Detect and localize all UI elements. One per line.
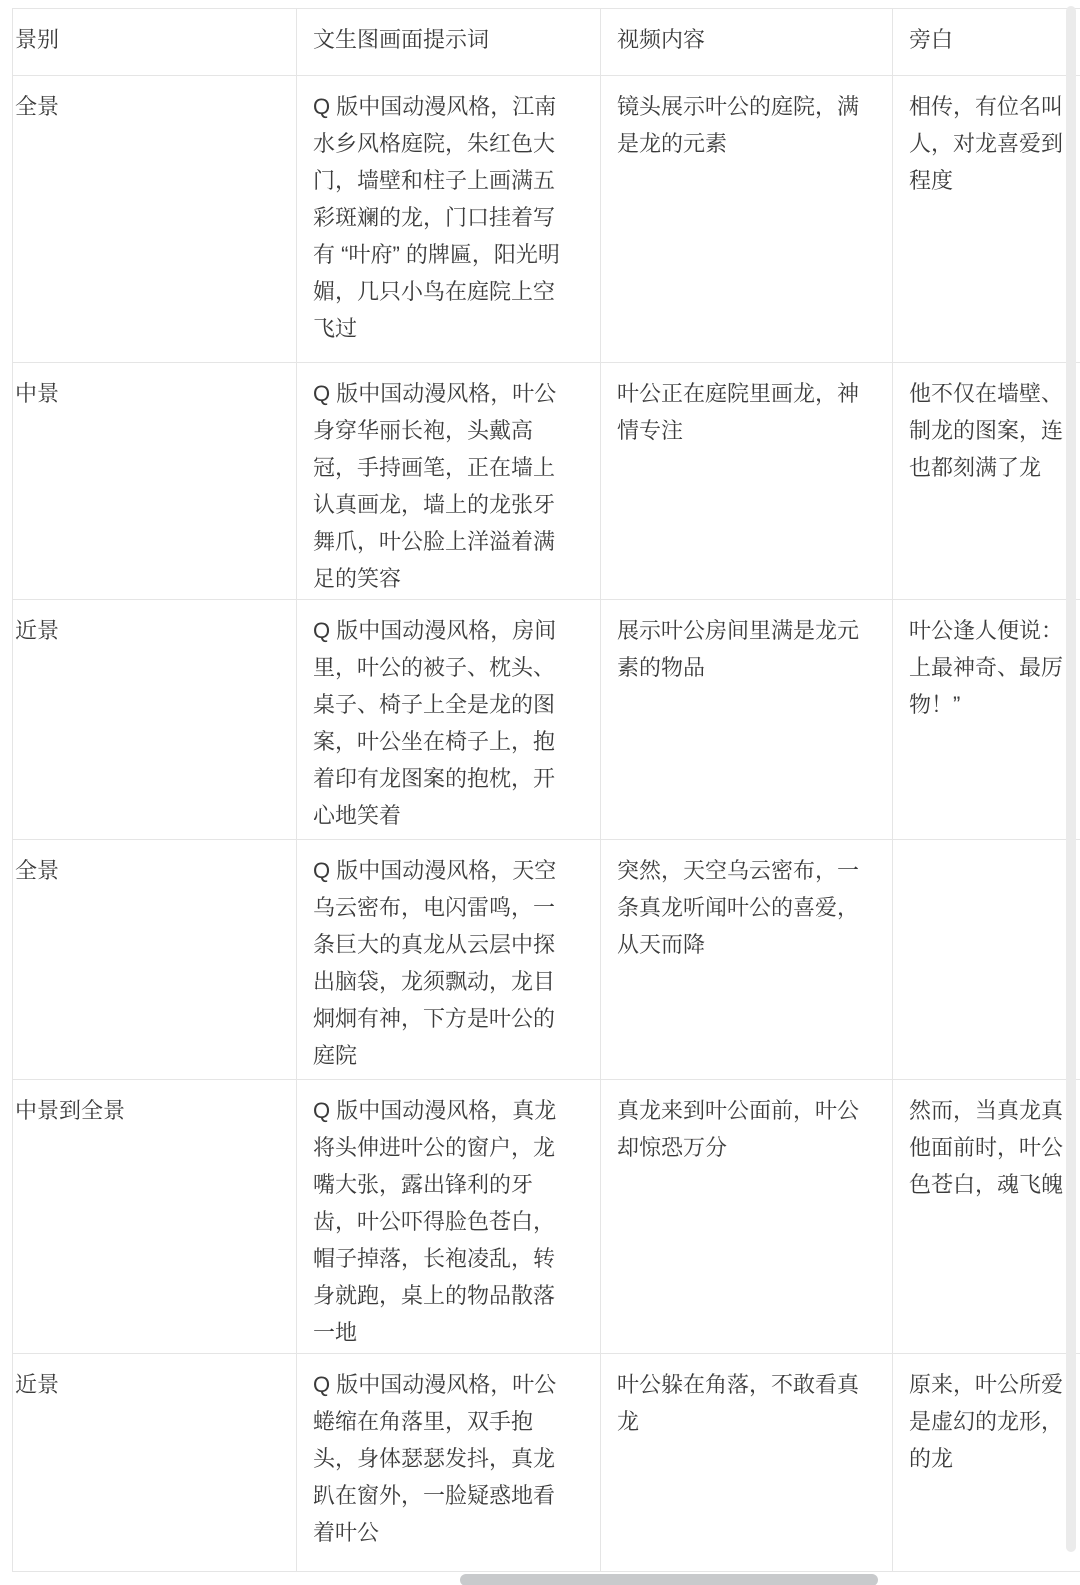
shot-type-cell: 全景 <box>13 76 297 363</box>
shot-type-cell: 中景到全景 <box>13 1080 297 1354</box>
narration-cell: 他不仅在墙壁、 制龙的图案，连 也都刻满了龙 <box>893 363 1080 600</box>
table-row: 全景 Q 版中国动漫风格，天空 乌云密布，电闪雷鸣，一 条巨大的真龙从云层中探 … <box>13 840 1080 1080</box>
column-header-image-prompt: 文生图画面提示词 <box>297 9 601 76</box>
video-content-cell: 展示叶公房间里满是龙元 素的物品 <box>601 600 893 840</box>
table-row: 全景 Q 版中国动漫风格，江南 水乡风格庭院，朱红色大 门，墙壁和柱子上画满五 … <box>13 76 1080 363</box>
video-content-cell: 叶公躲在角落，不敢看真 龙 <box>601 1354 893 1572</box>
page: 景别 文生图画面提示词 视频内容 旁白 全景 Q 版中国动漫风格，江南 水乡风格… <box>0 0 1080 1585</box>
table-row: 中景 Q 版中国动漫风格，叶公 身穿华丽长袍，头戴高 冠，手持画笔，正在墙上 认… <box>13 363 1080 600</box>
narration-cell: 然而，当真龙真 他面前时，叶公 色苍白，魂飞魄 <box>893 1080 1080 1354</box>
prompt-cell: Q 版中国动漫风格，天空 乌云密布，电闪雷鸣，一 条巨大的真龙从云层中探 出脑袋… <box>297 840 601 1080</box>
video-content-cell: 真龙来到叶公面前，叶公 却惊恐万分 <box>601 1080 893 1354</box>
shot-type-cell: 全景 <box>13 840 297 1080</box>
shot-type-cell: 近景 <box>13 1354 297 1572</box>
vertical-scrollbar[interactable] <box>1066 6 1076 1552</box>
prompt-cell: Q 版中国动漫风格，真龙 将头伸进叶公的窗户，龙 嘴大张，露出锋利的牙 齿，叶公… <box>297 1080 601 1354</box>
narration-cell: 原来，叶公所爱 是虚幻的龙形， 的龙 <box>893 1354 1080 1572</box>
shot-type-cell: 近景 <box>13 600 297 840</box>
table-row: 中景到全景 Q 版中国动漫风格，真龙 将头伸进叶公的窗户，龙 嘴大张，露出锋利的… <box>13 1080 1080 1354</box>
horizontal-scrollbar-thumb[interactable] <box>460 1574 878 1585</box>
column-header-video-content: 视频内容 <box>601 9 893 76</box>
prompt-cell: Q 版中国动漫风格，房间 里，叶公的被子、枕头、 桌子、椅子上全是龙的图 案，叶… <box>297 600 601 840</box>
column-header-narration: 旁白 <box>893 9 1080 76</box>
prompt-cell: Q 版中国动漫风格，江南 水乡风格庭院，朱红色大 门，墙壁和柱子上画满五 彩斑斓… <box>297 76 601 363</box>
table-row: 近景 Q 版中国动漫风格，房间 里，叶公的被子、枕头、 桌子、椅子上全是龙的图 … <box>13 600 1080 840</box>
video-content-cell: 叶公正在庭院里画龙，神 情专注 <box>601 363 893 600</box>
column-header-shot-type: 景别 <box>13 9 297 76</box>
narration-cell: 叶公逢人便说： 上最神奇、最厉 物！” <box>893 600 1080 840</box>
narration-cell <box>893 840 1080 1080</box>
prompt-cell: Q 版中国动漫风格，叶公 身穿华丽长袍，头戴高 冠，手持画笔，正在墙上 认真画龙… <box>297 363 601 600</box>
shot-type-cell: 中景 <box>13 363 297 600</box>
prompt-cell: Q 版中国动漫风格，叶公 蜷缩在角落里，双手抱 头，身体瑟瑟发抖，真龙 趴在窗外… <box>297 1354 601 1572</box>
storyboard-table: 景别 文生图画面提示词 视频内容 旁白 全景 Q 版中国动漫风格，江南 水乡风格… <box>12 8 1080 1572</box>
table-row: 近景 Q 版中国动漫风格，叶公 蜷缩在角落里，双手抱 头，身体瑟瑟发抖，真龙 趴… <box>13 1354 1080 1572</box>
narration-cell: 相传，有位名叫 人，对龙喜爱到 程度 <box>893 76 1080 363</box>
table-header-row: 景别 文生图画面提示词 视频内容 旁白 <box>13 9 1080 76</box>
video-content-cell: 突然，天空乌云密布，一 条真龙听闻叶公的喜爱， 从天而降 <box>601 840 893 1080</box>
video-content-cell: 镜头展示叶公的庭院，满 是龙的元素 <box>601 76 893 363</box>
